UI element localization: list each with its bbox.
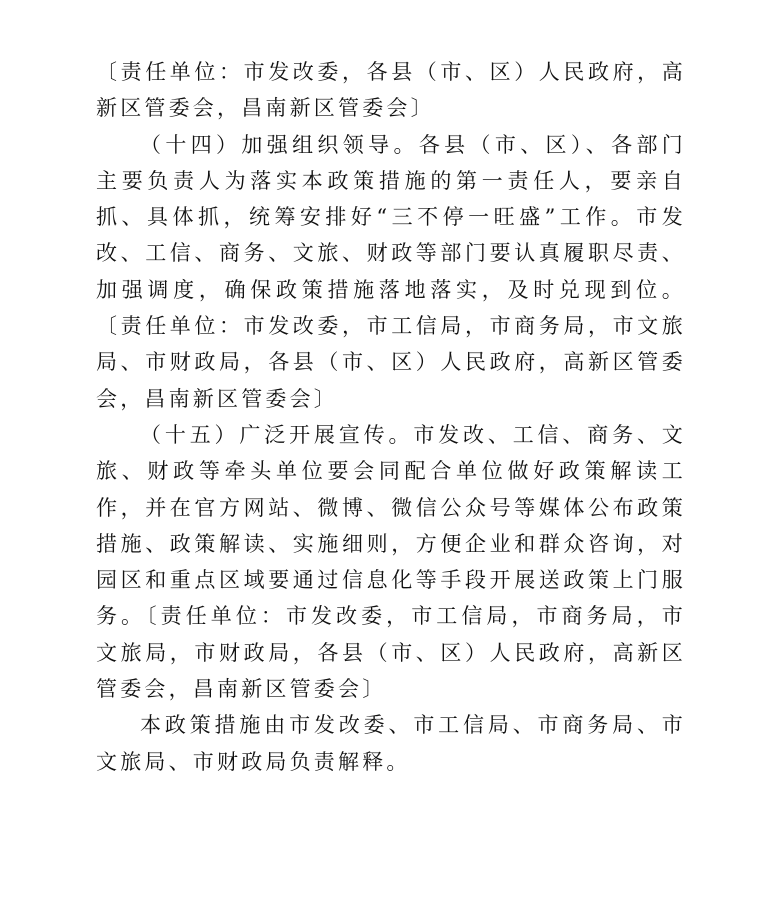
paragraph-interpretation-note: 本政策措施由市发改委、市工信局、市商务局、市文旅局、市财政局负责解释。 — [96, 707, 686, 780]
paragraph-item-14-leadership: （十四）加强组织领导。各县（市、区）、各部门主要负责人为落实本政策措施的第一责任… — [96, 127, 686, 417]
paragraph-responsible-units: 〔责任单位：市发改委，各县（市、区）人民政府，高新区管委会，昌南新区管委会〕 — [96, 54, 686, 127]
document-page: 〔责任单位：市发改委，各县（市、区）人民政府，高新区管委会，昌南新区管委会〕 （… — [96, 54, 686, 780]
paragraph-item-15-publicity: （十五）广泛开展宣传。市发改、工信、商务、文旅、财政等牵头单位要会同配合单位做好… — [96, 417, 686, 707]
